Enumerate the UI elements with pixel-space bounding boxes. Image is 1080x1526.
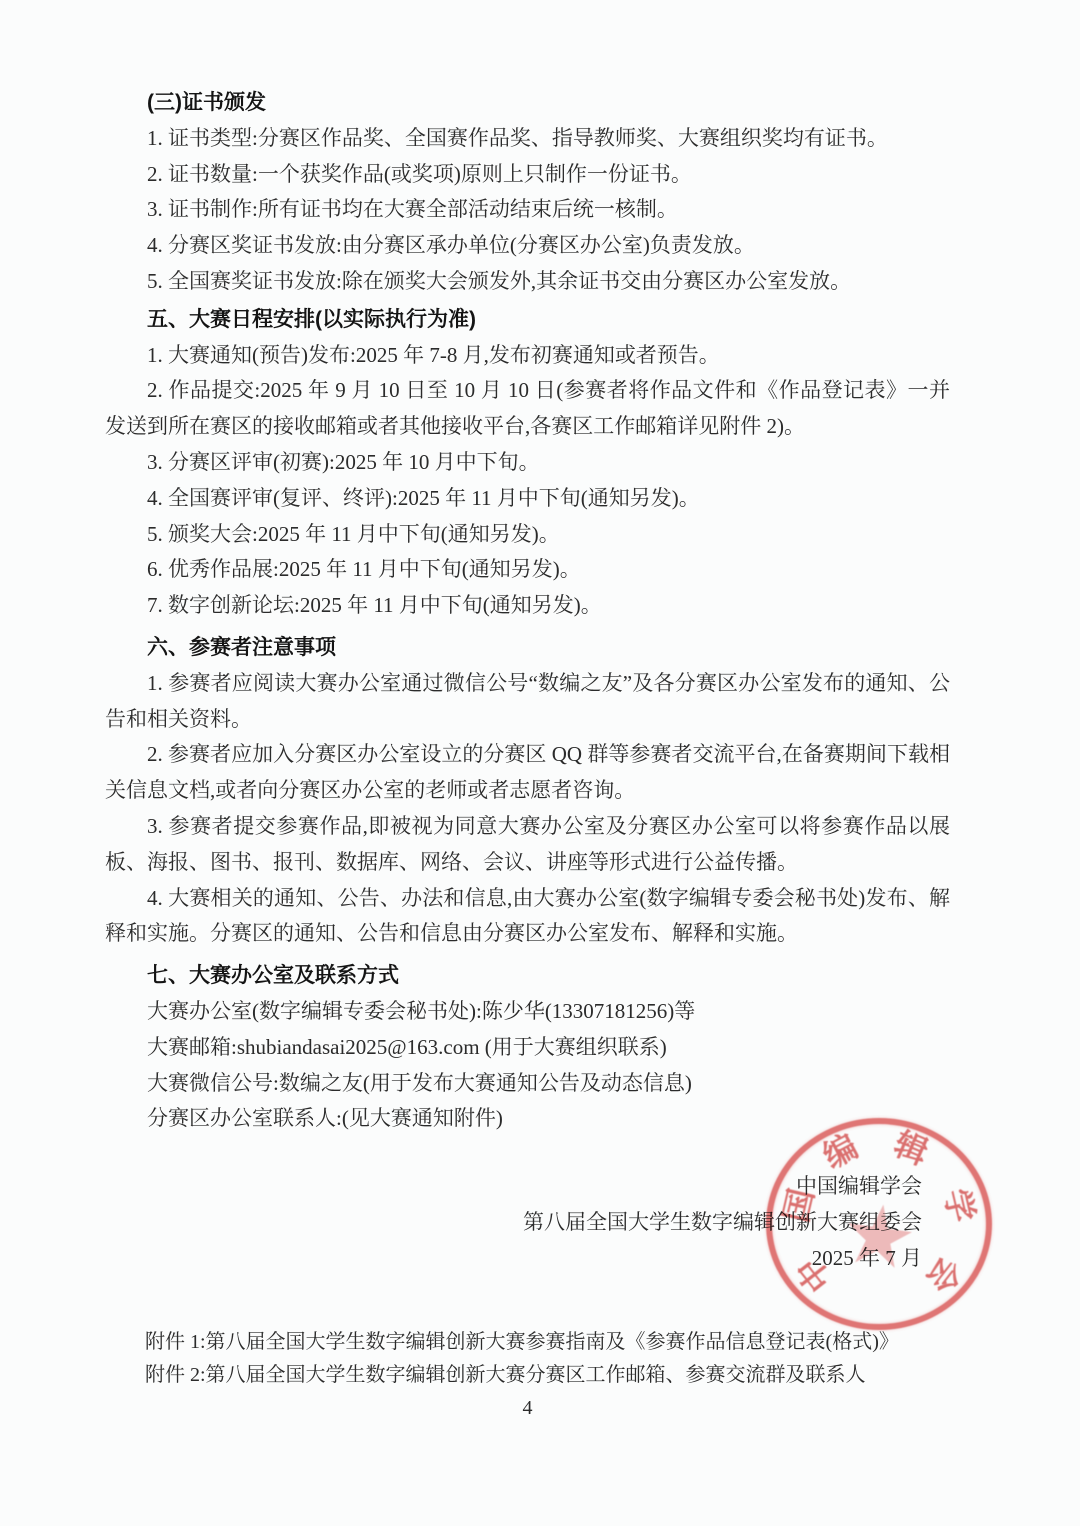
document-page: (三)证书颁发 1. 证书类型:分赛区作品奖、全国赛作品奖、指导教师奖、大赛组织…: [105, 85, 950, 1425]
section-contact-heading: 七、大赛办公室及联系方式: [105, 958, 950, 994]
page-number: 4: [105, 1392, 950, 1425]
schedule-item-2: 2. 作品提交:2025 年 9 月 10 日至 10 月 10 日(参赛者将作…: [105, 373, 950, 445]
schedule-item-1: 1. 大赛通知(预告)发布:2025 年 7-8 月,发布初赛通知或者预告。: [105, 338, 950, 374]
schedule-item-3: 3. 分赛区评审(初赛):2025 年 10 月中下旬。: [105, 445, 950, 481]
attachments-block: 附件 1:第八届全国大学生数字编辑创新大赛参赛指南及《参赛作品信息登记表(格式)…: [105, 1326, 950, 1392]
certificates-item-4: 4. 分赛区奖证书发放:由分赛区承办单位(分赛区办公室)负责发放。: [105, 228, 950, 264]
signature-org: 中国编辑学会: [105, 1169, 922, 1205]
contact-regional-line: 分赛区办公室联系人:(见大赛通知附件): [105, 1101, 950, 1137]
schedule-item-4: 4. 全国赛评审(复评、终评):2025 年 11 月中下旬(通知另发)。: [105, 481, 950, 517]
contact-wechat-line: 大赛微信公号:数编之友(用于发布大赛通知公告及动态信息): [105, 1066, 950, 1102]
notes-item-4: 4. 大赛相关的通知、公告、办法和信息,由大赛办公室(数字编辑专委会秘书处)发布…: [105, 881, 950, 953]
section-notes-heading: 六、参赛者注意事项: [105, 630, 950, 666]
schedule-item-6: 6. 优秀作品展:2025 年 11 月中下旬(通知另发)。: [105, 552, 950, 588]
attachment-1: 附件 1:第八届全国大学生数字编辑创新大赛参赛指南及《参赛作品信息登记表(格式)…: [105, 1326, 950, 1359]
signature-block: 中国编辑学会 第八届全国大学生数字编辑创新大赛组委会 2025 年 7 月: [105, 1169, 950, 1276]
signature-committee: 第八届全国大学生数字编辑创新大赛组委会: [105, 1205, 922, 1241]
certificates-item-1: 1. 证书类型:分赛区作品奖、全国赛作品奖、指导教师奖、大赛组织奖均有证书。: [105, 121, 950, 157]
section-schedule-heading: 五、大赛日程安排(以实际执行为准): [105, 302, 950, 338]
schedule-item-7: 7. 数字创新论坛:2025 年 11 月中下旬(通知另发)。: [105, 588, 950, 624]
section-certificates-heading: (三)证书颁发: [105, 85, 950, 121]
certificates-item-5: 5. 全国赛奖证书发放:除在颁奖大会颁发外,其余证书交由分赛区办公室发放。: [105, 264, 950, 300]
signature-date: 2025 年 7 月: [105, 1241, 922, 1277]
attachment-2: 附件 2:第八届全国大学生数字编辑创新大赛分赛区工作邮箱、参赛交流群及联系人: [105, 1359, 950, 1392]
certificates-item-3: 3. 证书制作:所有证书均在大赛全部活动结束后统一核制。: [105, 192, 950, 228]
notes-item-1: 1. 参赛者应阅读大赛办公室通过微信公号“数编之友”及各分赛区办公室发布的通知、…: [105, 666, 950, 738]
certificates-item-2: 2. 证书数量:一个获奖作品(或奖项)原则上只制作一份证书。: [105, 157, 950, 193]
notes-item-3: 3. 参赛者提交参赛作品,即被视为同意大赛办公室及分赛区办公室可以将参赛作品以展…: [105, 809, 950, 881]
notes-item-2: 2. 参赛者应加入分赛区办公室设立的分赛区 QQ 群等参赛者交流平台,在备赛期间…: [105, 737, 950, 809]
contact-email-line: 大赛邮箱:shubiandasai2025@163.com (用于大赛组织联系): [105, 1030, 950, 1066]
schedule-item-5: 5. 颁奖大会:2025 年 11 月中下旬(通知另发)。: [105, 517, 950, 553]
contact-office-line: 大赛办公室(数字编辑专委会秘书处):陈少华(13307181256)等: [105, 994, 950, 1030]
